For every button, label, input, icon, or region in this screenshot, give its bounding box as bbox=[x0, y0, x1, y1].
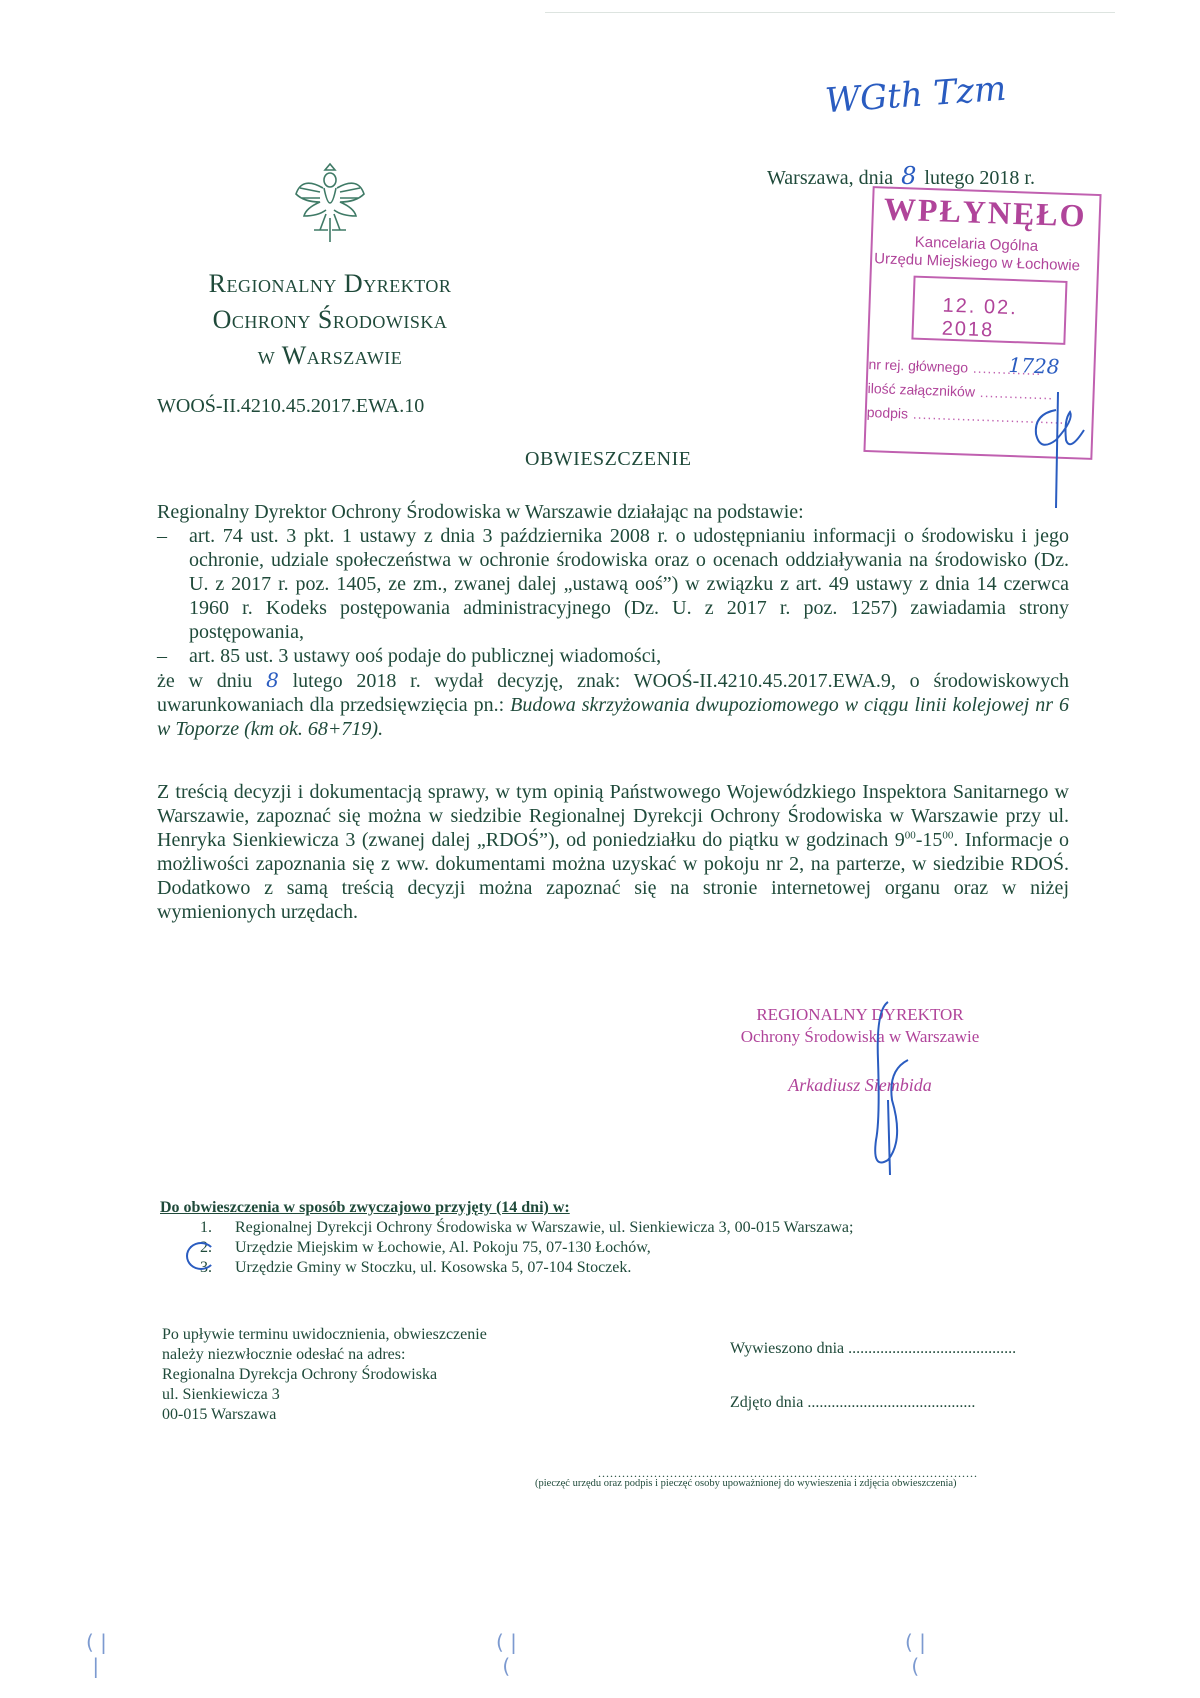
stamp-reg-label: nr rej. głównego bbox=[868, 356, 968, 375]
stamp-line-2: Urzędu Miejskiego w Łochowie bbox=[874, 250, 1080, 274]
legal-basis-item: –art. 74 ust. 3 pkt. 1 ustawy z dnia 3 p… bbox=[157, 524, 1069, 644]
handwritten-day: 8 bbox=[266, 668, 279, 692]
stamp-attachments-label: ilość załączników bbox=[867, 380, 975, 400]
office-name: Regionalny Dyrektor Ochrony Środowiska w… bbox=[150, 266, 510, 374]
scan-mark-icon: ( | ( bbox=[905, 1630, 926, 1678]
distribution-block: Do obwieszczenia w sposób zwyczajowo prz… bbox=[160, 1198, 853, 1278]
decision-text: że w dniu 8 lutego 2018 r. wydał decyzję… bbox=[157, 668, 1069, 741]
stamp-attachments-row: ilość załączników ............... bbox=[867, 380, 1053, 402]
reference-number: WOOŚ-II.4210.45.2017.EWA.10 bbox=[157, 395, 424, 418]
legal-basis-item: –art. 85 ust. 3 ustawy ooś podaje do pub… bbox=[157, 644, 1069, 668]
intro-text: Regionalny Dyrektor Ochrony Środowiska w… bbox=[157, 500, 1069, 524]
posted-date-field: Wywieszono dnia ........................… bbox=[730, 1340, 1016, 1358]
office-line-1: Regionalny Dyrektor bbox=[150, 266, 510, 302]
notice-body: Regionalny Dyrektor Ochrony Środowiska w… bbox=[157, 500, 1069, 741]
handwritten-signature-icon bbox=[858, 1000, 918, 1175]
handwritten-circle-mark bbox=[186, 1242, 216, 1270]
footer-note: (pieczęć urzędu oraz podpis i pieczęć os… bbox=[535, 1478, 957, 1489]
scan-artifact-line bbox=[545, 12, 1115, 13]
removed-date-field: Zdjęto dnia ............................… bbox=[730, 1394, 975, 1412]
return-address: Po upływie terminu uwidocznienia, obwies… bbox=[162, 1325, 487, 1425]
stamp-signature-label: podpis bbox=[867, 404, 909, 421]
access-paragraph: Z treścią decyzji i dokumentacją sprawy,… bbox=[157, 780, 1069, 924]
place-date: Warszawa, dnia8lutego 2018 r. bbox=[767, 162, 1035, 190]
handwritten-note: WGth Tzm bbox=[824, 69, 1008, 122]
eagle-emblem-icon bbox=[290, 158, 370, 248]
stamp-date-box: 12. 02. 2018 bbox=[911, 276, 1067, 345]
document-heading: OBWIESZCZENIE bbox=[525, 448, 691, 471]
office-line-3: w Warszawie bbox=[150, 338, 510, 374]
stamp-date: 12. 02. 2018 bbox=[941, 295, 1065, 345]
stamp-signature-scribble-icon bbox=[1030, 390, 1090, 510]
scan-mark-icon: ( | | bbox=[86, 1630, 107, 1678]
legal-bases-list: –art. 74 ust. 3 pkt. 1 ustawy z dnia 3 p… bbox=[157, 524, 1069, 668]
handwritten-day: 8 bbox=[901, 162, 916, 190]
stamp-reg-number: 1728 bbox=[1008, 353, 1060, 379]
distribution-item: 3.Urzędzie Gminy w Stoczku, ul. Kosowska… bbox=[160, 1258, 853, 1278]
office-line-2: Ochrony Środowiska bbox=[150, 302, 510, 338]
distribution-item: 2.Urzędzie Miejskim w Łochowie, Al. Poko… bbox=[160, 1238, 853, 1258]
stamp-title: WPŁYNĘŁO bbox=[883, 191, 1087, 235]
distribution-item: 1.Regionalnej Dyrekcji Ochrony Środowisk… bbox=[160, 1218, 853, 1238]
scan-mark-icon: ( | ( bbox=[496, 1630, 517, 1678]
distribution-heading: Do obwieszczenia w sposób zwyczajowo prz… bbox=[160, 1198, 853, 1218]
distribution-list: 1.Regionalnej Dyrekcji Ochrony Środowisk… bbox=[160, 1218, 853, 1278]
place-date-suffix: lutego 2018 r. bbox=[924, 167, 1035, 189]
